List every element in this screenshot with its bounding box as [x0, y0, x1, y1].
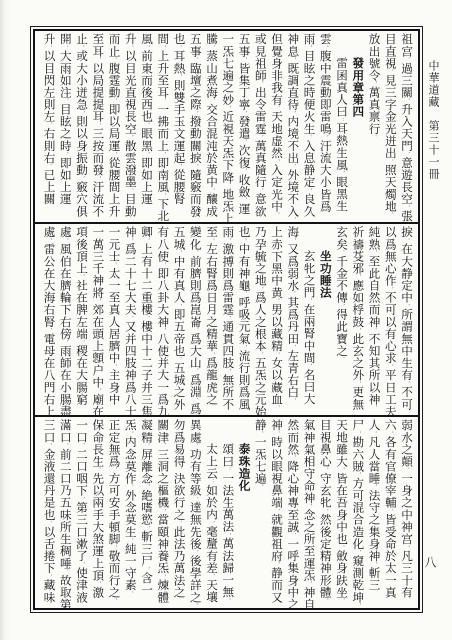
text-column: 目視鼻心，守玄牝，然後定精神形體。: [317, 419, 333, 606]
scanned-book-page: 中華道藏 第三十一冊 八 祖宫，過三關，升入天門，意遊長空，張目直視，見三字金光…: [0, 0, 452, 640]
text-column: 六，各有官僚宰輔，皆受命於太一真: [382, 419, 398, 606]
text-column: 滿口，前二口乃五味所生稠唾，故取第: [57, 419, 73, 606]
text-column: 止。或大小迸急，則以身振動，竅穴俱: [73, 33, 89, 220]
text-column: 至。左右腎爲日月之精華，爲龍虎之: [203, 226, 219, 413]
text-column: 升，以目光直視長空，散雲潑墨，目動: [122, 33, 138, 220]
text-column: 玄牝之門，在兩腎中間，名曰大: [300, 226, 316, 413]
text-column: 變化，前臍則爲崑崙、爲大山、爲淵、爲: [187, 226, 203, 413]
page-number: 八: [422, 556, 439, 569]
text-column: 神，時以眼視鼻端，就觀祖府，静而又: [268, 419, 284, 606]
text-column: 以爲無心作，不可以有心求，平日工夫: [382, 226, 398, 413]
text-column: 雲，腹中震動即雷鳴，汗流大小皆爲: [317, 33, 333, 220]
text-column: 至耳，以局提提耳，三按而發，汗流不: [89, 33, 105, 220]
text-column: 也。中有神龜，呼吸元氣，流行則爲風: [235, 226, 251, 413]
text-column: 捩，在大静定中，所謂無中生有，不可: [398, 226, 414, 413]
text-column: 天地雖大，皆在吾身中也。斂身趺坐，: [333, 419, 349, 606]
text-column: 異處，功有等級，達無先後，後學詳之。: [187, 419, 203, 606]
text-column: 一元士。太一至真人居臍中，主身中: [105, 226, 121, 413]
text-column: 保命長生。先以兩手大煞運上頂，激: [89, 419, 105, 606]
text-column: 開，大雨如注。目眩之時，即如上運: [57, 33, 73, 220]
register-middle: 捩，在大静定中，所謂無中生有，不可以爲無心作，不可以有心求，平日工夫純熟，至此自…: [35, 224, 418, 415]
text-column: 人。凡人當睡，法守之集身神，斬三: [365, 419, 381, 606]
section-title-column: 發用章第四: [349, 33, 365, 220]
text-column: 一口、二口咽下，第三口漱了，使津液: [73, 419, 89, 606]
text-frame-inner-border: 祖宫，過三關，升入天門，意遊長空，張目直視，見三字金光迸出，照天燭地，放出號令，…: [33, 29, 420, 610]
text-column: 騰，蒸山煮海，交合混沌於黄中，釀成: [203, 33, 219, 220]
text-column: 雨，目眩之時便火生。入息静定，良久: [300, 33, 316, 220]
text-column: 一炁七遍之妙，近視天炁下降、地炁上: [219, 33, 235, 220]
text-column: 也。耳熱，則雙手玉文運起，從腰腎: [170, 33, 186, 220]
text-column: 處，風伯在臍輪下右傍，雨師在小腸盡: [57, 226, 73, 413]
text-column: 關津、三洞之樞機，當頤神養炁，煉體: [154, 419, 170, 606]
text-column: 雷囷真人曰：耳熱生風，眼黑生: [333, 33, 349, 220]
text-column: 氣神氣相守命神，念之所至運炁，神自: [300, 419, 316, 606]
text-column: 祖宫，過三關，升入天門，意遊長空，張: [398, 33, 414, 220]
text-column: 而止。腹霆動，即以局運，從腰間上升: [105, 33, 121, 220]
text-column: 神，爲二十七大夫，又并四肢神爲八十: [122, 226, 138, 413]
text-column: 然而然，降心神專至誠，一呼集身中之: [284, 419, 300, 606]
text-column: 三口，金液還丹是也。以舌捲下，藏味: [40, 419, 56, 606]
text-column: 純熟，至此自然而神。不知其所以神，: [365, 226, 381, 413]
text-column: 祈禱芟邪，應如桴鼓，此玄之外，更無: [349, 226, 365, 413]
text-column: 上赤下黑中黄。男以藏精，女以藏血，: [268, 226, 284, 413]
text-column: 項後頂上，社在脾左端，稷在大腸窮: [73, 226, 89, 413]
text-column: 升，以目閃左則左、右則右。已上關: [40, 33, 56, 220]
register-top: 祖宫，過三關，升入天門，意遊長空，張目直視，見三字金光迸出，照天燭地，放出號令，…: [35, 31, 418, 222]
text-column: 目直視，見三字金光迸出，照天燭地，: [382, 33, 398, 220]
text-column: 海，又爲弱水。其爲丹田，左青右白，: [284, 226, 300, 413]
text-column: 或見祖師，出令雷霆，萬真隨行，意欲: [252, 33, 268, 220]
text-column: 五事，臨壇之際，撥動關捩，隨竅而發: [187, 33, 203, 220]
text-column: 處，雷公在大海右腎，電母在八門右上: [40, 226, 56, 413]
text-column: 風，前東而後西也。眼黑，即如上運: [138, 33, 154, 220]
text-column: 尸，勘六賊，方可混合造化，窺測乾坤，: [349, 419, 365, 606]
text-column: 但覺身非我有、天地虚然，入定光中。: [268, 33, 284, 220]
text-column: 乃孕毓之地，爲人之根本，五炁之元始: [252, 226, 268, 413]
text-column: 正定無爲，方可安手頓脚，敬而行之，: [105, 419, 121, 606]
text-column: 玄矣。千金不傳，得此寶之。: [333, 226, 349, 413]
text-column: 静，一炁七遍。: [252, 419, 268, 606]
text-column: 間，上升至耳，一拂而上，即南風，下北: [154, 33, 170, 220]
text-frame-border: 祖宫，過三關，升入天門，意遊長空，張目直視，見三字金光迸出，照天燭地，放出號令，…: [30, 26, 423, 613]
text-column: 頌曰：一法生萬法，萬法歸一無。: [219, 419, 235, 606]
text-column: 炁。内念莫作，外念莫生，純一守素，: [122, 419, 138, 606]
section-title-column: 坐功睡法: [317, 226, 333, 413]
text-column: 一萬三千神將，郊在頭上顖户中，廟在: [89, 226, 105, 413]
text-column: 五城，中有真人，即五帝也。五城之外: [170, 226, 186, 413]
section-title-column: 泰珠造化: [235, 419, 251, 606]
text-column: 凝精，屏離念，絶嗜慾，斬三尸，含一: [138, 419, 154, 606]
text-column: 卿，上有十二重樓，樓中十二子并三焦: [138, 226, 154, 413]
text-column: 有八使，即八卦大神，八使并大一爲九: [154, 226, 170, 413]
volume-header: 中華道藏 第三十一冊: [425, 60, 441, 180]
text-column: 神息，既調直待，内境不出，外境不入，: [284, 33, 300, 220]
text-column: 弱水之顛。一身之中神宫，凡三十有: [398, 419, 414, 606]
register-bottom: 弱水之顛。一身之中神宫，凡三十有六，各有官僚宰輔，皆受命於太一真人。凡人當睡，法…: [35, 417, 418, 608]
text-column: 放出號令，萬真禀行。: [365, 33, 381, 220]
text-column: 五事，皆集丁寧，發遣、次復、收斂、運: [235, 33, 251, 220]
text-column: 太上云：如於内，毫釐有差，天壤: [203, 419, 219, 606]
text-column: 勿爲易得，決欲行之。此法乃萬法之: [170, 419, 186, 606]
text-column: 雨，激搏則爲雷霆，通貫四肢，無所不: [219, 226, 235, 413]
